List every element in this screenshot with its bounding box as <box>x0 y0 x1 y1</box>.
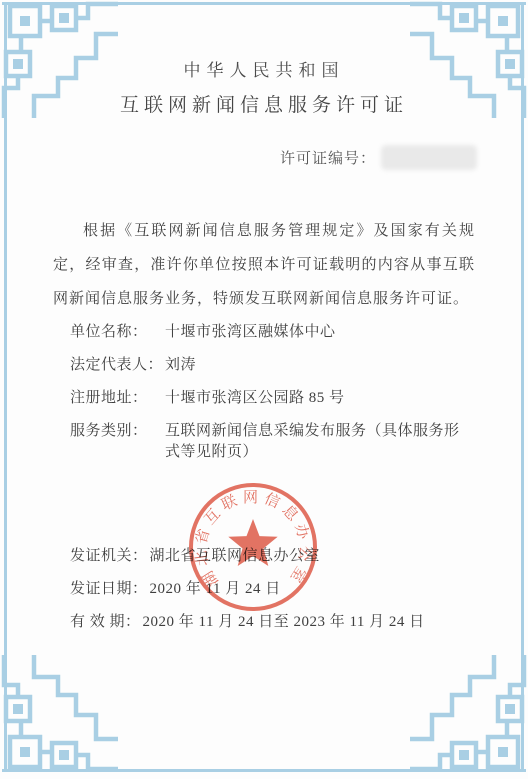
license-number-label: 许可证编号： <box>280 147 376 168</box>
issuance-label: 发证日期： <box>70 579 148 599</box>
field-row-registered-address: 注册地址： 十堰市张湾区公园路 85 号 <box>70 388 470 409</box>
fields-block: 单位名称： 十堰市张湾区融媒体中心 法定代表人： 刘涛 注册地址： 十堰市张湾区… <box>70 322 470 475</box>
issuance-block: 发证机关： 湖北省互联网信息办公室 发证日期： 2020 年 11 月 24 日… <box>70 546 425 645</box>
field-label: 注册地址： <box>70 388 165 409</box>
country-title: 中华人民共和国 <box>0 56 528 81</box>
field-row-service-category: 服务类别： 互联网新闻信息采编发布服务（具体服务形式等见附页） <box>70 421 470 463</box>
issuance-label: 发证机关： <box>70 546 148 566</box>
issuance-value: 2020 年 11 月 24 日至 2023 年 11 月 24 日 <box>143 612 425 632</box>
field-value: 互联网新闻信息采编发布服务（具体服务形式等见附页） <box>165 421 470 463</box>
field-value: 刘涛 <box>165 355 470 376</box>
field-label: 单位名称： <box>70 322 165 343</box>
field-row-legal-representative: 法定代表人： 刘涛 <box>70 355 470 376</box>
field-row-unit-name: 单位名称： 十堰市张湾区融媒体中心 <box>70 322 470 343</box>
issuance-value: 湖北省互联网信息办公室 <box>150 546 321 566</box>
body-paragraph: 根据《互联网新闻信息服务管理规定》及国家有关规定，经审查，准许你单位按照本许可证… <box>53 214 475 316</box>
field-label: 服务类别： <box>70 421 165 463</box>
frame-corner-ornament-icon <box>410 655 528 773</box>
issue-date-row: 发证日期： 2020 年 11 月 24 日 <box>70 579 425 599</box>
validity-period-row: 有 效 期： 2020 年 11 月 24 日至 2023 年 11 月 24 … <box>70 612 425 632</box>
frame-corner-ornament-icon <box>0 655 118 773</box>
certificate-title: 互联网新闻信息服务许可证 <box>0 90 528 117</box>
field-label: 法定代表人： <box>70 355 165 376</box>
field-value: 十堰市张湾区融媒体中心 <box>165 322 470 343</box>
issuing-authority-row: 发证机关： 湖北省互联网信息办公室 <box>70 546 425 566</box>
license-certificate-page: 中华人民共和国 互联网新闻信息服务许可证 许可证编号： 根据《互联网新闻信息服务… <box>0 0 528 779</box>
issuance-value: 2020 年 11 月 24 日 <box>150 579 281 599</box>
license-number-row: 许可证编号： <box>280 145 477 170</box>
issuance-label: 有 效 期： <box>70 612 141 632</box>
license-number-redacted-blur <box>381 145 477 170</box>
field-value: 十堰市张湾区公园路 85 号 <box>165 388 470 409</box>
